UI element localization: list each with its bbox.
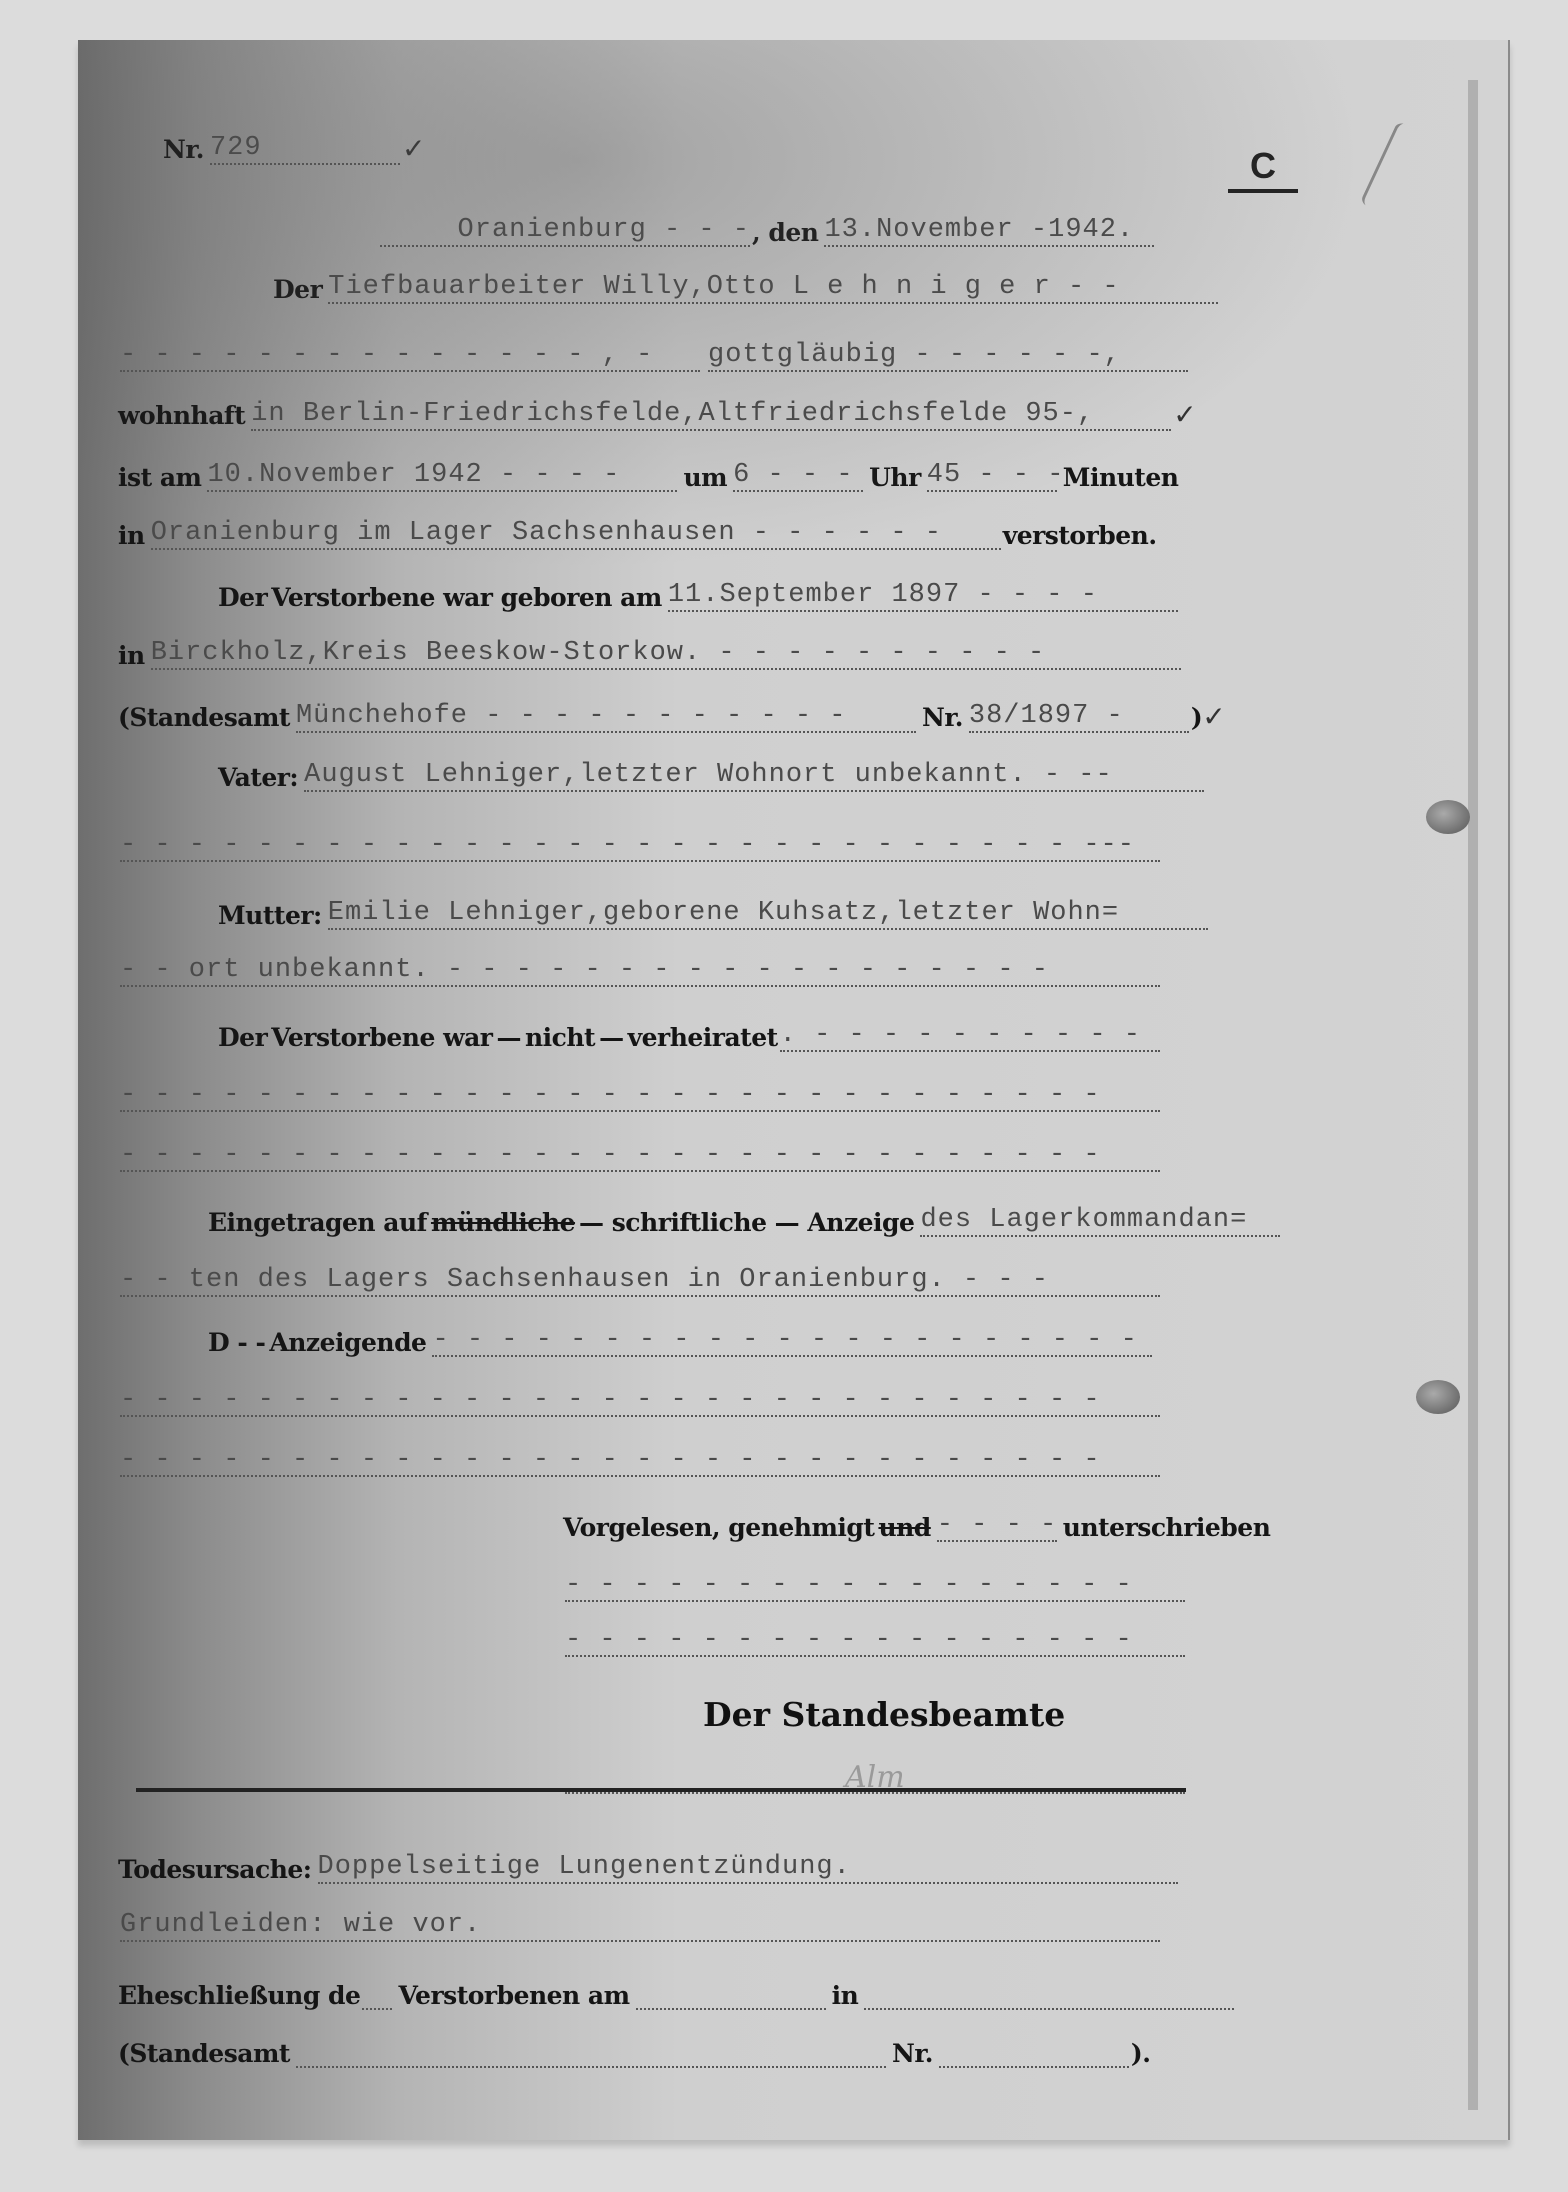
death-certificate-page: C Nr. 729✓ Oranienburg - - -, den 13.Nov…: [78, 40, 1510, 2140]
informant-line: D - - Anzeigende - - - - - - - - - - - -…: [208, 1325, 1154, 1357]
registration-continuation: - - ten des Lagers Sachsenhausen in Oran…: [118, 1265, 1162, 1297]
marriage-registry-field: [296, 2038, 886, 2068]
registrar-title: Der Standesbeamte: [703, 1695, 1065, 1734]
birth-date-line: Der Verstorbene war geboren am 11.Septem…: [218, 580, 1180, 612]
religion-line: - - - - - - - - - - - - - - , - gottgläu…: [118, 340, 1190, 372]
underlying-condition-line: Grundleiden: wie vor.: [118, 1910, 1162, 1942]
read-approved-blank-line: - - - - - - - - - - - - - - - - -: [563, 1570, 1187, 1602]
registration-line: Eingetragen auf mündliche — schriftliche…: [208, 1205, 1282, 1237]
marriage-line: Eheschließung de Verstorbenen am in: [118, 1980, 1236, 2010]
father-continuation: - - - - - - - - - - - - - - - - - - - - …: [118, 830, 1162, 862]
corner-mark: C: [1228, 145, 1298, 193]
page-fold-line: [1468, 80, 1478, 2110]
mother-continuation: - - ort unbekannt. - - - - - - - - - - -…: [118, 955, 1162, 987]
check-icon: ✓: [402, 132, 425, 165]
punch-hole: [1416, 1380, 1460, 1414]
read-approved-line: Vorgelesen, genehmigt und - - - - unters…: [563, 1510, 1270, 1542]
check-icon: ✓: [1173, 398, 1196, 431]
punch-hole: [1426, 800, 1470, 834]
marriage-date-field: [636, 1980, 826, 2010]
father-line: Vater: August Lehniger,letzter Wohnort u…: [218, 760, 1206, 792]
marital-status-line: Der Verstorbene war — nicht — verheirate…: [218, 1020, 1162, 1052]
birth-place-line: in Birckholz,Kreis Beeskow-Storkow. - - …: [118, 638, 1183, 670]
section-divider: [136, 1788, 1186, 1792]
marriage-registry-number-field: [939, 2038, 1129, 2068]
cause-of-death-line: Todesursache: Doppelseitige Lungenentzün…: [118, 1852, 1180, 1884]
informant-blank-line: - - - - - - - - - - - - - - - - - - - - …: [118, 1385, 1162, 1417]
death-time-line: ist am 10.November 1942 - - - - um 6 - -…: [118, 460, 1178, 492]
record-number: Nr. 729✓: [163, 132, 425, 165]
marriage-registry-line: (Standesamt Nr. ).: [118, 2038, 1150, 2068]
residence-line: wohnhaft in Berlin-Friedrichsfelde,Altfr…: [118, 398, 1197, 431]
informant-blank-line: - - - - - - - - - - - - - - - - - - - - …: [118, 1445, 1162, 1477]
birth-registry-line: (Standesamt Münchehofe - - - - - - - - -…: [118, 700, 1226, 733]
deceased-name-line: Der Tiefbauarbeiter Willy,Otto L e h n i…: [273, 272, 1220, 304]
death-place-line: in Oranienburg im Lager Sachsenhausen - …: [118, 518, 1157, 550]
pencil-mark: [1360, 121, 1412, 209]
marital-blank-line: - - - - - - - - - - - - - - - - - - - - …: [118, 1140, 1162, 1172]
read-approved-blank-line: - - - - - - - - - - - - - - - - -: [563, 1625, 1187, 1657]
marriage-place-field: [864, 1980, 1234, 2010]
check-icon: ✓: [1202, 700, 1225, 733]
mother-line: Mutter: Emilie Lehniger,geborene Kuhsatz…: [218, 898, 1210, 930]
record-number-value: 729: [210, 133, 400, 165]
marital-blank-line: - - - - - - - - - - - - - - - - - - - - …: [118, 1080, 1162, 1112]
place-date-line: Oranienburg - - -, den 13.November -1942…: [378, 215, 1156, 247]
